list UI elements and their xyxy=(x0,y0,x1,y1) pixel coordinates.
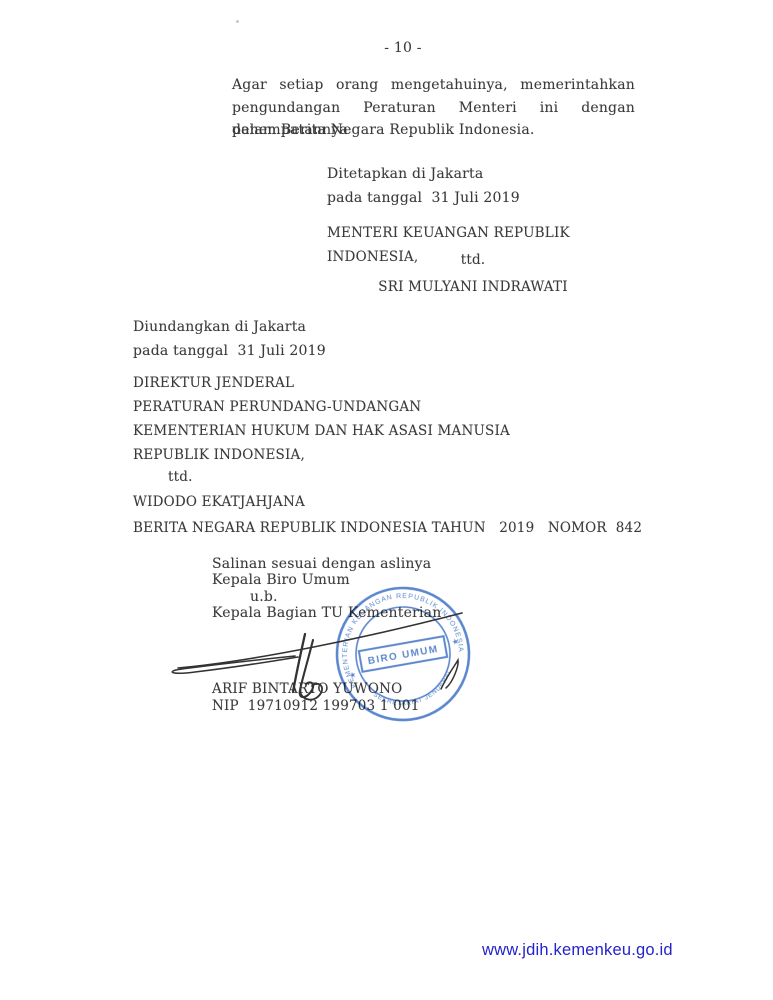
scan-artifact-speck xyxy=(236,20,239,23)
promulgation-date: pada tanggal 31 Juli 2019 xyxy=(133,339,533,363)
enactment-ttd: ttd. xyxy=(327,248,619,272)
enactment-date: pada tanggal 31 Juli 2019 xyxy=(327,186,627,210)
closing-paragraph-line: Agar setiap orang mengetahuinya, memerin… xyxy=(232,74,635,97)
promulgation-place: Diundangkan di Jakarta xyxy=(133,315,533,339)
enactment-official-name: SRI MULYANI INDRAWATI xyxy=(327,275,619,299)
gazette-line: BERITA NEGARA REPUBLIK INDONESIA TAHUN 2… xyxy=(133,516,642,540)
closing-paragraph-line: dalam Berita Negara Republik Indonesia. xyxy=(232,119,635,142)
promulgation-title-line: PERATURAN PERUNDANG-UNDANGAN xyxy=(133,395,553,419)
closing-paragraph-line: pengundangan Peraturan Menteri ini denga… xyxy=(232,97,635,120)
promulgation-title-line: REPUBLIK INDONESIA, xyxy=(133,443,553,467)
promulgation-official-name: WIDODO EKATJAHJANA xyxy=(133,490,305,514)
enactment-block: Ditetapkan di Jakarta pada tanggal 31 Ju… xyxy=(327,162,627,210)
promulgation-official-title: DIREKTUR JENDERAL PERATURAN PERUNDANG-UN… xyxy=(133,371,553,467)
promulgation-title-line: KEMENTERIAN HUKUM DAN HAK ASASI MANUSIA xyxy=(133,419,553,443)
enactment-place: Ditetapkan di Jakarta xyxy=(327,162,627,186)
document-page: - 10 - Agar setiap orang mengetahuinya, … xyxy=(0,0,773,1000)
promulgation-place-date: Diundangkan di Jakarta pada tanggal 31 J… xyxy=(133,315,533,363)
promulgation-ttd: ttd. xyxy=(168,465,193,489)
page-number: - 10 - xyxy=(303,36,503,60)
promulgation-title-line: DIREKTUR JENDERAL xyxy=(133,371,553,395)
handwritten-signature xyxy=(165,600,485,715)
footer-url-link[interactable]: www.jdih.kemenkeu.go.id xyxy=(482,941,673,960)
closing-paragraph: Agar setiap orang mengetahuinya, memerin… xyxy=(232,74,635,142)
